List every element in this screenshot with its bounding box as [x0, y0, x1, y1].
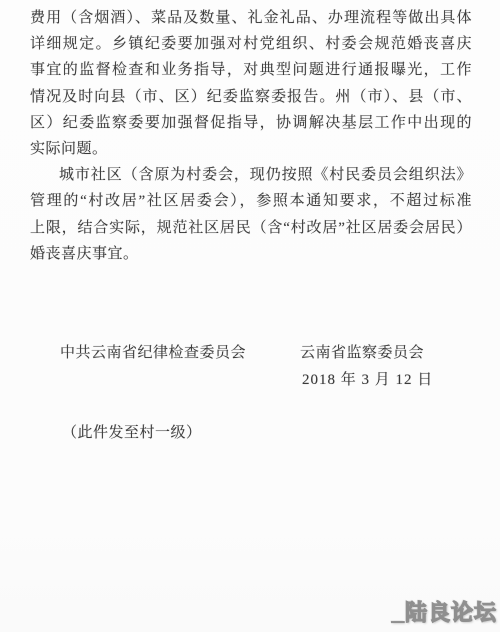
body-line-paragraph-start: 城市社区（含原为村委会，现仍按照《村民委员会组织法》	[30, 162, 472, 188]
body-line: 详细规定。乡镇纪委要加强对村党组织、村委会规范婚丧喜庆	[30, 31, 472, 57]
distribution-note: （此件发至村一级）	[62, 421, 202, 442]
signature-discipline-commission: 中共云南省纪律检查委员会	[60, 341, 246, 362]
signature-row: 中共云南省纪律检查委员会 云南省监察委员会	[0, 341, 500, 361]
body-line: 情况及时向县（市、区）纪委监察委报告。州（市）、县（市、	[30, 84, 472, 110]
body-line-paragraph-end: 实际问题。	[30, 136, 472, 162]
document-date: 2018 年 3 月 12 日	[302, 368, 433, 389]
forum-watermark: _陆良论坛	[392, 596, 497, 627]
body-line: 事宜的监督检查和业务指导，对典型问题进行通报曝光，工作	[30, 57, 472, 83]
signature-supervision-commission: 云南省监察委员会	[300, 341, 424, 362]
body-line-paragraph-end: 婚丧喜庆事宜。	[30, 241, 472, 267]
document-body: 费用（含烟酒）、菜品及数量、礼金礼品、办理流程等做出具体 详细规定。乡镇纪委要加…	[30, 5, 472, 267]
body-line: 上限，结合实际，规范社区居民（含“村改居”社区居委会居民）	[30, 215, 472, 241]
scanned-document-page: 费用（含烟酒）、菜品及数量、礼金礼品、办理流程等做出具体 详细规定。乡镇纪委要加…	[0, 0, 500, 632]
body-line: 费用（含烟酒）、菜品及数量、礼金礼品、办理流程等做出具体	[30, 5, 472, 31]
body-line: 区）纪委监察委要加强督促指导，协调解决基层工作中出现的	[30, 110, 472, 136]
body-line: 管理的“村改居”社区居委会），参照本通知要求，不超过标准	[30, 188, 472, 214]
